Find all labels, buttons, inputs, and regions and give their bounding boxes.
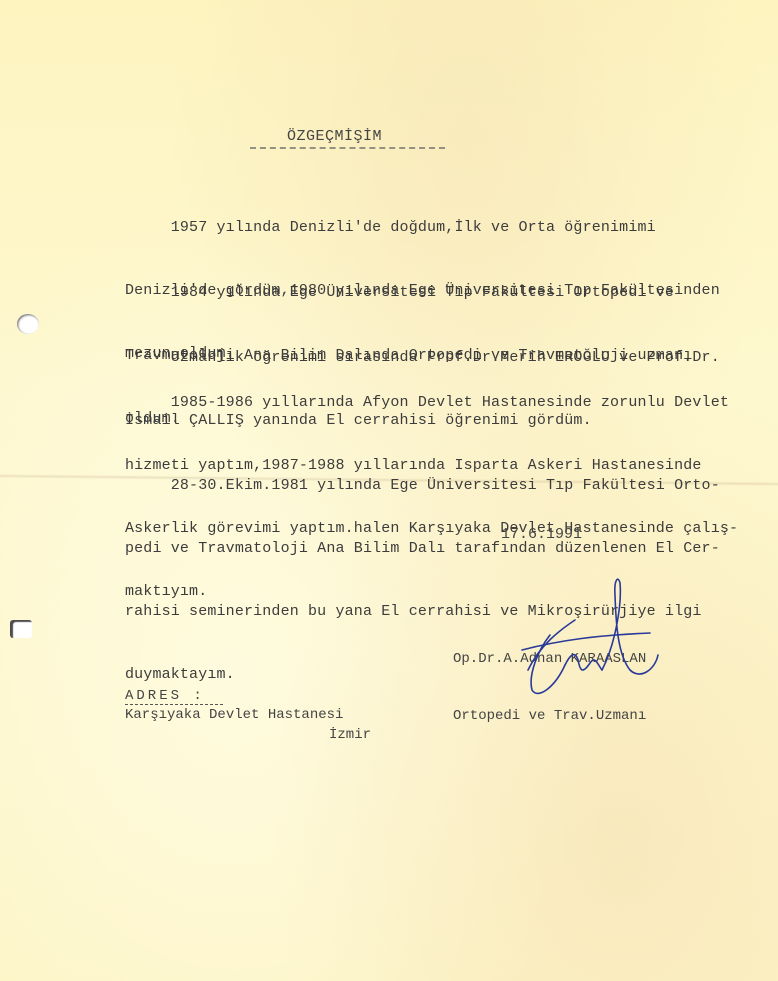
punch-hole-top — [17, 314, 39, 334]
paragraph-line: 1984 yılında Ege Üniversitesi Tıp Fakült… — [125, 282, 765, 303]
paragraph-line: 1957 yılında Denizli'de doğdum,İlk ve Or… — [125, 217, 765, 238]
paragraph-line: pedi ve Travmatoloji Ana Bilim Dalı tara… — [125, 538, 765, 559]
address-hospital: Karşıyaka Devlet Hastanesi — [125, 707, 343, 723]
address-city: İzmir — [329, 727, 371, 743]
punch-hole-bottom — [10, 620, 32, 638]
paragraph-line: 28-30.Ekim.1981 yılında Ege Üniversitesi… — [125, 475, 765, 496]
signatory-title: Ortopedi ve Trav.Uzmanı — [453, 707, 646, 726]
document-date: 17.6.1991 — [501, 526, 582, 543]
title-underline — [250, 147, 445, 149]
document-title: ÖZGEÇMİŞİM — [287, 128, 382, 145]
handwritten-signature-icon — [520, 575, 680, 705]
scanned-document-page: ÖZGEÇMİŞİM 1957 yılında Denizli'de doğdu… — [0, 0, 778, 981]
paragraph-line: 1985-1986 yıllarında Afyon Devlet Hastan… — [125, 392, 765, 413]
address-label: ADRES : — [125, 688, 223, 705]
